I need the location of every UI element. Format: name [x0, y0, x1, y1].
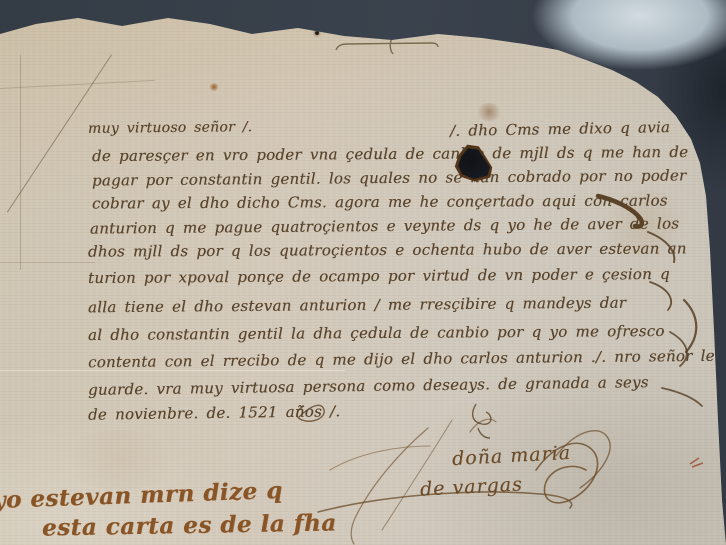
salutation-line: muy virtuoso señor /. [88, 120, 252, 137]
worm-hole [461, 16, 464, 19]
red-mark-right-edge [690, 458, 703, 467]
manuscript-line: pagar por constantin gentil. los quales … [92, 168, 687, 188]
manuscript-paper: muy virtuoso señor /. /. dho Cms me dixo… [0, 0, 726, 545]
rust-stain [209, 83, 219, 91]
manuscript-line: de paresçer en vro poder vna çedula de c… [92, 145, 688, 164]
manuscript-line: cobrar ay el dho dicho Cms. agora me he … [92, 193, 668, 211]
date-line: de novienbre. de. 1521 años /. [88, 404, 340, 423]
photo-of-manuscript: muy virtuoso señor /. /. dho Cms me dixo… [0, 0, 726, 545]
annotation-line2: esta carta es de la fha [42, 509, 337, 541]
top-bracket-mark [336, 37, 438, 54]
manuscript-line: turion por xpoval ponçe de ocampo por vi… [88, 267, 670, 286]
smudge-above-hole [476, 103, 502, 121]
signature-name-line2: de vargas [419, 473, 523, 500]
manuscript-line: contenta con el rrecibo de q me dijo el … [88, 349, 715, 371]
manuscript-line: alla tiene el dho estevan anturion / me … [88, 296, 626, 316]
manuscript-line: dhos mjll ds por q los quatroçientos e o… [88, 241, 687, 259]
manuscript-line: al dho constantin gentil la dha çedula d… [88, 324, 665, 343]
worm-hole [684, 16, 687, 20]
annotation-line1: yo estevan mrn dize q [0, 477, 283, 514]
worm-hole [315, 31, 319, 35]
manuscript-line: guarde. vra muy virtuosa persona como de… [88, 375, 649, 398]
horizontal-crease-middle [0, 262, 95, 263]
manuscript-line: anturion q me pague quatroçientos e veyn… [90, 216, 679, 236]
horizontal-crease-top [0, 80, 155, 89]
signature-name-line1: doña maria [452, 442, 572, 470]
opening-right-line: /. dho Cms me dixo q avia [450, 120, 670, 139]
